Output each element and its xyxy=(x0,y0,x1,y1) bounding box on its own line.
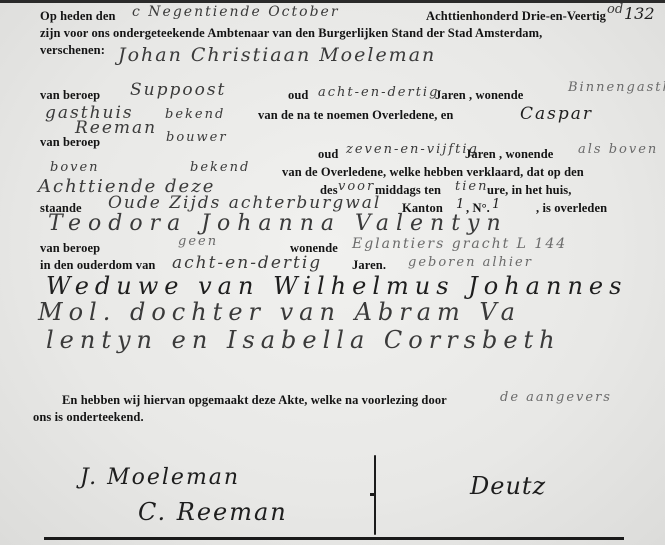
signature-declarant-1: J. Moeleman xyxy=(80,465,240,490)
deceased-age: acht-en-dertig xyxy=(172,253,322,273)
declarant1-name: Johan Christiaan Moeleman xyxy=(118,44,436,66)
form-is-overleden: , is overleden xyxy=(536,201,607,216)
death-hour: tien xyxy=(455,179,488,194)
form-closing-line-2: ons is onderteekend. xyxy=(33,410,144,425)
page-top-edge xyxy=(0,0,665,3)
signature-declarant-2: C. Reeman xyxy=(138,498,288,526)
family-line-2: Mol. dochter van Abram Va xyxy=(38,298,521,326)
form-jaren-wonende-1: Jaren , wonende xyxy=(435,88,523,103)
record-number-prefix: od xyxy=(607,2,623,17)
form-ure-in-het-huis: ure, in het huis, xyxy=(487,183,571,198)
record-number: 132 xyxy=(624,4,655,23)
form-line-verschenen: verschenen: xyxy=(40,43,105,58)
scanned-document: Op heden den c Negentiende October Achtt… xyxy=(0,0,665,545)
form-line-year: Achttienhonderd Drie-en-Veertig xyxy=(426,9,606,24)
family-line-3: lentyn en Isabella Corrsbeth xyxy=(46,326,561,354)
declarant2-address: als boven xyxy=(578,142,658,157)
kanton-number: 1 xyxy=(456,197,466,212)
form-middags-ten: middags ten xyxy=(375,183,441,198)
form-oud-1: oud xyxy=(288,88,308,103)
family-line-1: Weduwe van Wilhelmus Johannes xyxy=(46,272,627,300)
declarant1-relation: bekend xyxy=(165,107,225,122)
form-van-beroep-1: van beroep xyxy=(40,88,100,103)
handwritten-date: c Negentiende October xyxy=(132,4,340,20)
declarant2-firstname: Caspar xyxy=(520,104,593,124)
declarant2-occupation: bouwer xyxy=(166,130,228,145)
form-van-de-overledene: van de Overledene, welke hebben verklaar… xyxy=(282,165,584,180)
house-number: 1 xyxy=(492,197,502,212)
form-line-ambtenaar: zijn voor ons ondergeteekende Ambtenaar … xyxy=(40,26,542,41)
deceased-name: Teodora Johanna Valentyn xyxy=(48,211,508,236)
form-jaren: Jaren. xyxy=(352,258,386,273)
declarant2-address-cont: boven xyxy=(50,160,100,175)
deceased-born: geboren alhier xyxy=(408,255,533,270)
bottom-rule xyxy=(44,537,624,540)
form-van-beroep-3: van beroep xyxy=(40,241,100,256)
form-in-den-ouderdom: in den ouderdom van xyxy=(40,258,155,273)
signature-brace xyxy=(374,455,376,535)
deceased-address: Eglantiers gracht L 144 xyxy=(352,236,567,252)
form-oud-2: oud xyxy=(318,147,338,162)
signature-official: Deutz xyxy=(470,472,546,500)
form-jaren-wonende-2: Jaren , wonende xyxy=(465,147,553,162)
readers: de aangevers xyxy=(500,390,612,405)
form-van-de-na-te-noemen: van de na te noemen Overledene, en xyxy=(258,108,453,123)
deceased-occupation: geen xyxy=(178,234,218,249)
declarant2-age: zeven-en-vijftig xyxy=(346,142,479,157)
declarant1-occupation: Suppoost xyxy=(130,80,226,100)
declarant2-relation: bekend xyxy=(190,160,250,175)
form-line-op-heden: Op heden den xyxy=(40,9,116,24)
form-closing-line-1: En hebben wij hiervan opgemaakt deze Akt… xyxy=(62,393,447,408)
death-period: voor xyxy=(338,179,375,194)
form-van-beroep-2: van beroep xyxy=(40,135,100,150)
declarant1-address-part1: Binnengasthuis xyxy=(568,80,665,95)
declarant1-age: acht-en-dertig xyxy=(318,85,439,100)
death-location: Oude Zijds achterburgwal xyxy=(108,193,381,213)
